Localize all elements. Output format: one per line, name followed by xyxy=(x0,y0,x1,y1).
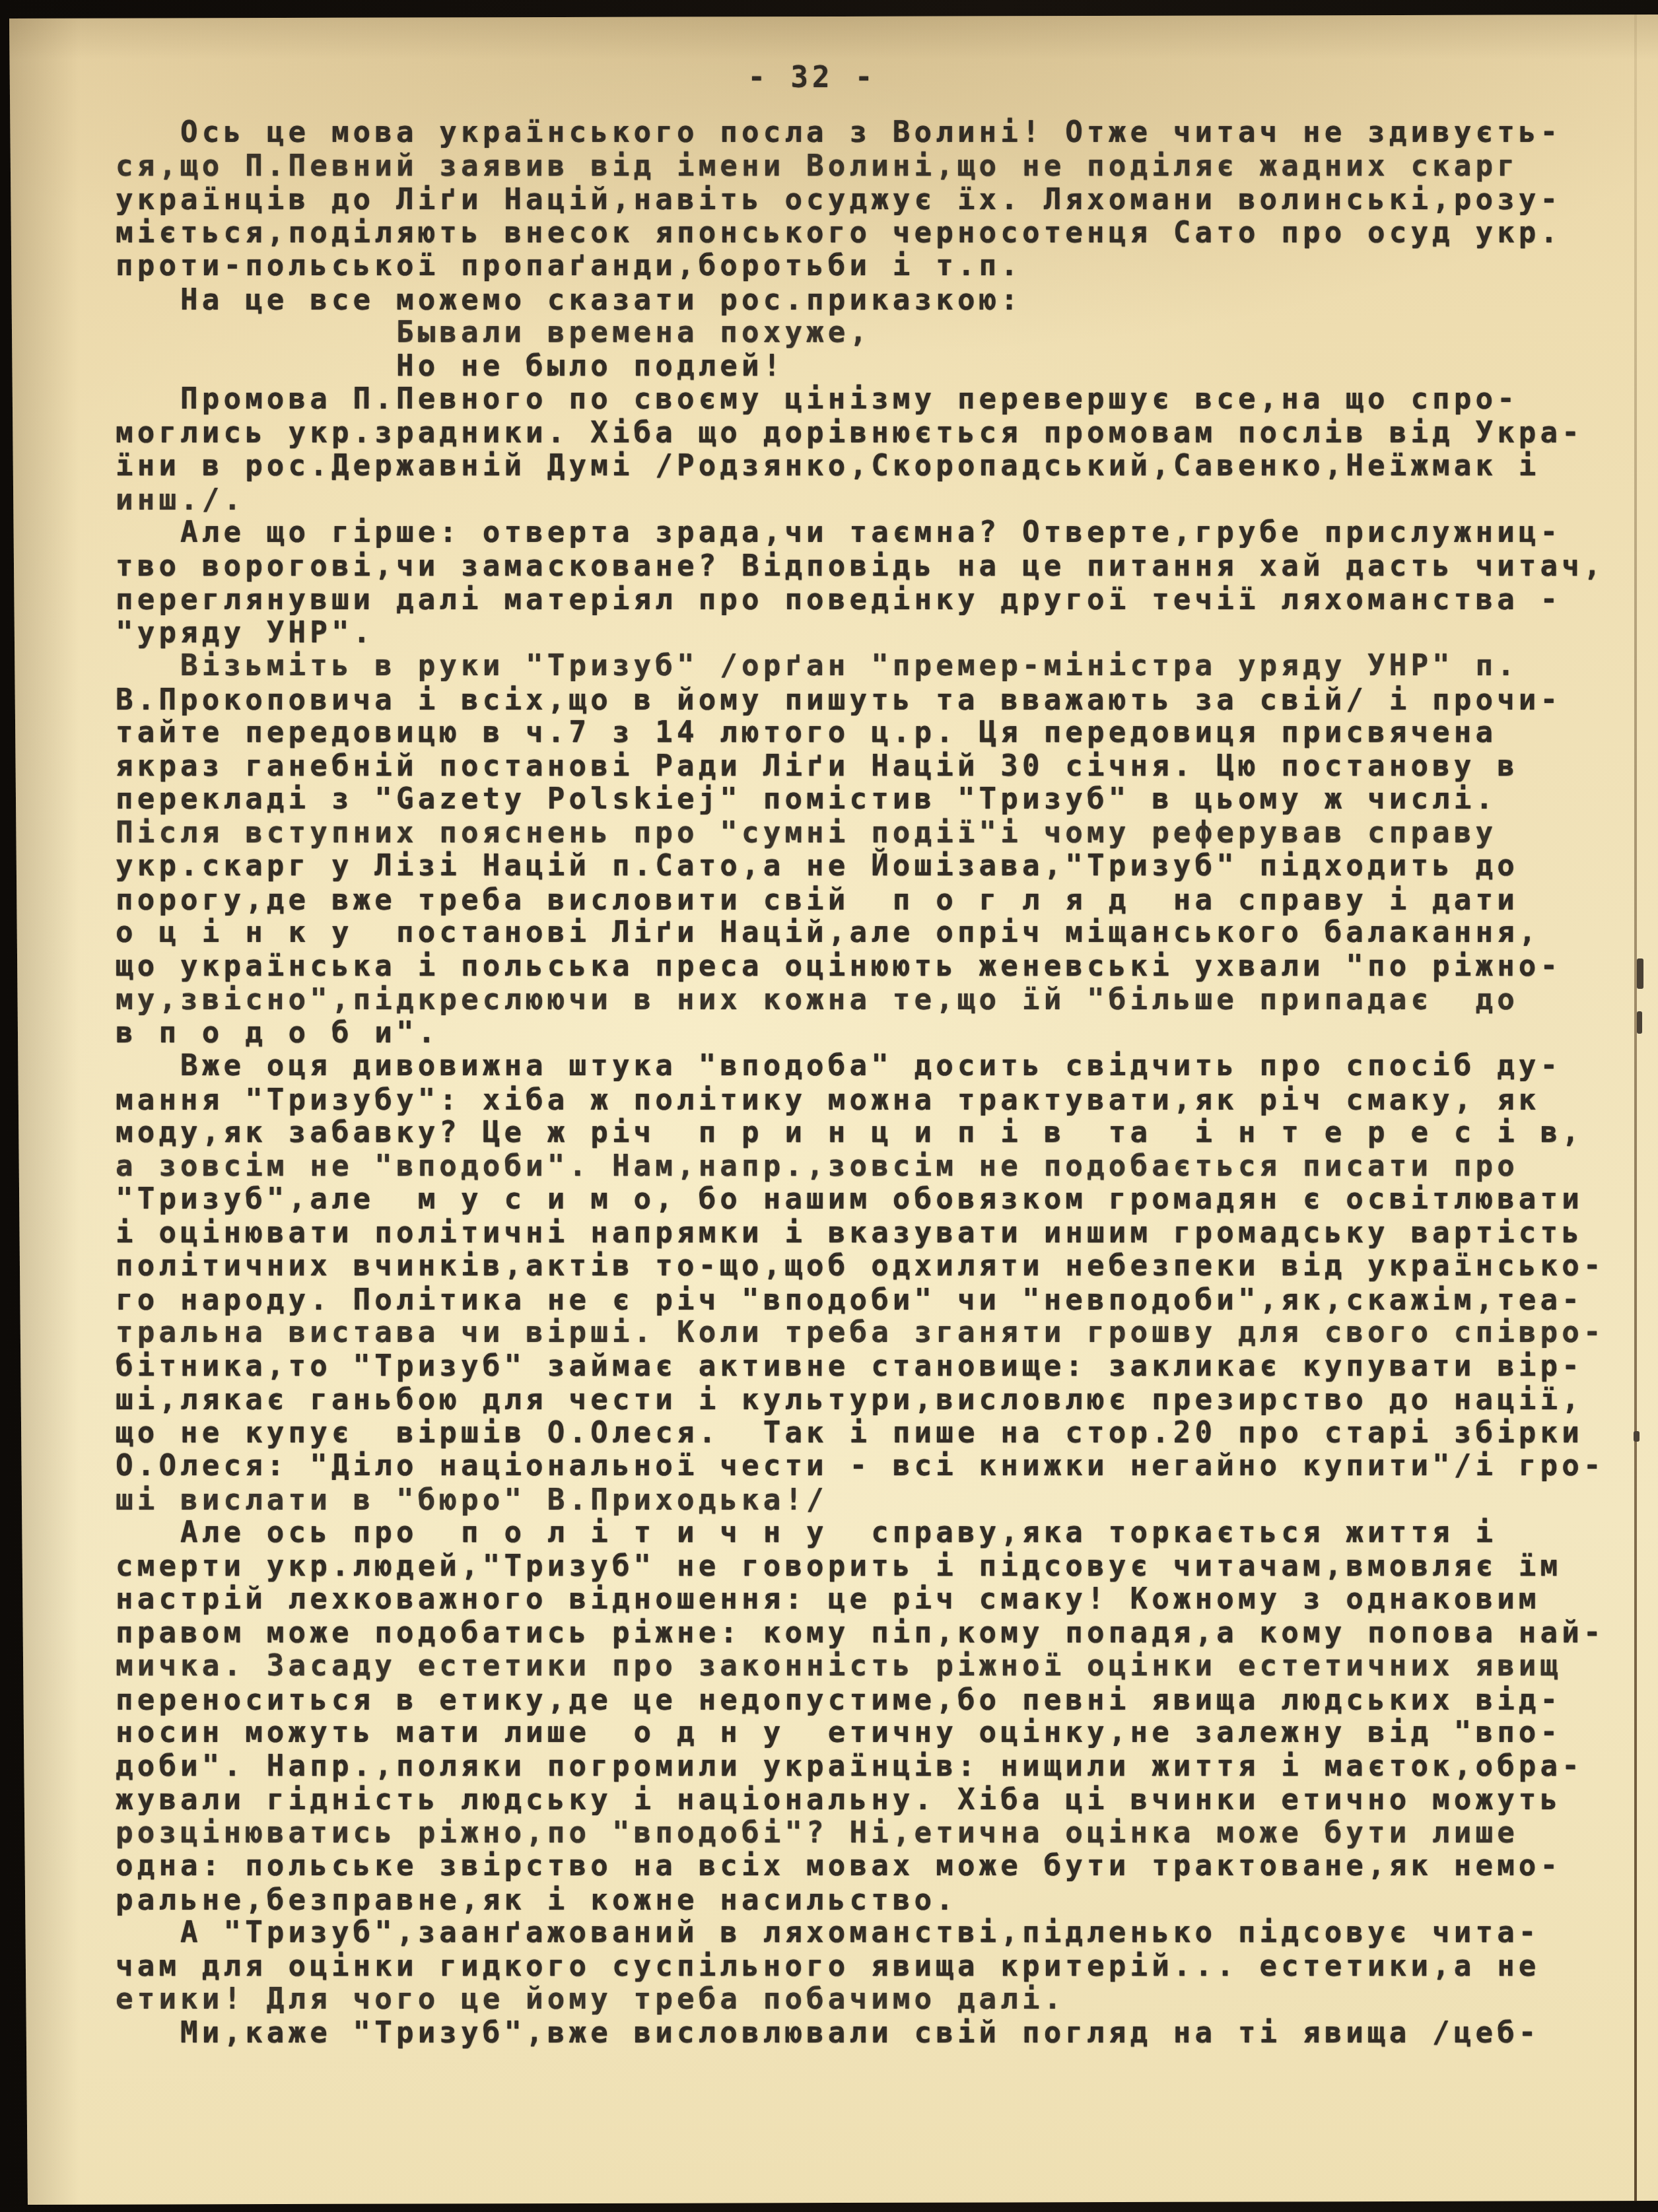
text-line: що не купує віршів О.Олеся. Так і пише н… xyxy=(116,1417,1634,1450)
text-line: політичних вчинків,актів то-що,щоб одхил… xyxy=(116,1250,1634,1283)
edge-ink-mark xyxy=(1637,958,1643,989)
text-line: і оцінювати політичні напрямки і вказува… xyxy=(116,1217,1634,1250)
edge-ink-mark xyxy=(1634,1431,1640,1442)
text-line: бітника,то "Тризуб" займає активне стано… xyxy=(116,1350,1634,1384)
text-line: ральне,безправне,як і кожне насильство. xyxy=(116,1883,1634,1917)
paper-crease-line xyxy=(1634,0,1637,2212)
text-line: переноситься в етику,де це недопустиме,б… xyxy=(116,1683,1634,1717)
text-line: В.Прокоповича і всіх,що в йому пишуть та… xyxy=(116,683,1634,717)
text-line: етики! Для чого це йому треба побачимо д… xyxy=(116,1983,1634,2017)
text-line: настрій лехковажного відношення: це річ … xyxy=(116,1583,1634,1617)
text-line: Після вступних пояснень про "сумні події… xyxy=(116,817,1634,850)
text-line: а зовсім не "вподоби". Нам,напр.,зовсім … xyxy=(116,1150,1634,1184)
text-line: Но не было подлей! xyxy=(116,350,1634,384)
text-line: "уряду УНР". xyxy=(116,617,1634,650)
text-line: порогу,де вже треба висловити свій п о г… xyxy=(116,883,1634,917)
text-line: правом може подобатись ріжне: кому піп,к… xyxy=(116,1617,1634,1650)
page-number: - 32 - xyxy=(726,61,898,94)
text-line: о ц і н к у постанові Ліґи Націй,але опр… xyxy=(116,916,1634,950)
text-line: Ми,каже "Тризуб",вже висловлювали свій п… xyxy=(116,2017,1634,2050)
text-line: якраз ганебній постанові Ради Ліґи Націй… xyxy=(116,750,1634,784)
text-line: українців до Ліґи Націй,навіть осуджує ї… xyxy=(116,184,1634,217)
text-line: О.Олеся: "Діло національної чести - всі … xyxy=(116,1450,1634,1483)
text-line: доби". Напр.,поляки погромили українців:… xyxy=(116,1750,1634,1784)
text-line: Але що гірше: отверта зрада,чи таємна? О… xyxy=(116,516,1634,550)
text-line: ші,лякає ганьбою для чести і культури,ви… xyxy=(116,1384,1634,1417)
text-line: Візьміть в руки "Тризуб" /орґан "премер-… xyxy=(116,650,1634,683)
text-line: моду,як забавку? Це ж річ п р и н ц и п … xyxy=(116,1116,1634,1150)
text-line: їни в рос.Державній Думі /Родзянко,Скоро… xyxy=(116,450,1634,483)
text-line: проти-польської пропаґанди,боротьби і т.… xyxy=(116,250,1634,283)
text-line: го народу. Політика не є річ "вподоби" ч… xyxy=(116,1283,1634,1317)
edge-ink-mark xyxy=(1637,1011,1642,1034)
text-line: одна: польське звірство на всіх мовах мо… xyxy=(116,1850,1634,1883)
text-line: переглянувши далі матеріял про поведінку… xyxy=(116,584,1634,617)
text-line: тайте передовицю в ч.7 з 14 лютого ц.р. … xyxy=(116,716,1634,750)
text-line: смерти укр.людей,"Тризуб" не говорить і … xyxy=(116,1550,1634,1584)
text-line: А "Тризуб",заанґажований в ляхоманстві,п… xyxy=(116,1916,1634,1950)
text-line: Промова П.Певного по своєму цінізму пере… xyxy=(116,383,1634,417)
text-line: ші вислати в "бюро" В.Приходька!/ xyxy=(116,1483,1634,1517)
text-line: му,звісно",підкреслюючи в них кожна те,щ… xyxy=(116,984,1634,1017)
text-line: ся,що П.Певний заявив від імени Волині,щ… xyxy=(116,150,1634,184)
text-line: укр.скарг у Лізі Націй п.Сато,а не Йошіз… xyxy=(116,850,1634,883)
text-line: міється,поділяють внесок японського черн… xyxy=(116,217,1634,250)
text-line: що українська і польська преса оцінюють … xyxy=(116,950,1634,984)
text-line: "Тризуб",але м у с и м о, бо нашим обовя… xyxy=(116,1183,1634,1217)
text-line: инш./. xyxy=(116,483,1634,517)
text-line: Бывали времена похуже, xyxy=(116,316,1634,350)
text-line: чам для оцінки гидкого суспільного явища… xyxy=(116,1950,1634,1984)
document-paper: - 32 - Ось це мова українського посла з … xyxy=(0,0,1658,2212)
text-line: жували гідність людську і національну. Х… xyxy=(116,1784,1634,1817)
text-line: в п о д о б и". xyxy=(116,1017,1634,1050)
text-line: На це все можемо сказати рос.приказкою: xyxy=(116,283,1634,317)
text-line: моглись укр.зрадники. Хіба що дорівнюєть… xyxy=(116,417,1634,450)
text-line: мання "Тризубу": хіба ж політику можна т… xyxy=(116,1083,1634,1117)
text-line: Вже оця дивовижна штука "вподоба" досить… xyxy=(116,1050,1634,1083)
typewritten-text-block: Ось це мова українського посла з Волині!… xyxy=(116,116,1634,2050)
text-line: тво ворогові,чи замасковане? Відповідь н… xyxy=(116,550,1634,584)
text-line: тральна вистава чи вірші. Коли треба зга… xyxy=(116,1316,1634,1350)
text-line: перекладі з "Gazety Polskiej" помістив "… xyxy=(116,783,1634,817)
text-line: мичка. Засаду естетики про законність рі… xyxy=(116,1650,1634,1683)
text-line: Але ось про п о л і т и ч н у справу,яка… xyxy=(116,1516,1634,1550)
text-line: Ось це мова українського посла з Волині!… xyxy=(116,116,1634,150)
scanner-black-frame: - 32 - Ось це мова українського посла з … xyxy=(0,0,1658,2212)
text-line: носин можуть мати лише о д н у етичну оц… xyxy=(116,1716,1634,1750)
text-line: розцінюватись ріжно,по "вподобі"? Ні,ети… xyxy=(116,1817,1634,1850)
